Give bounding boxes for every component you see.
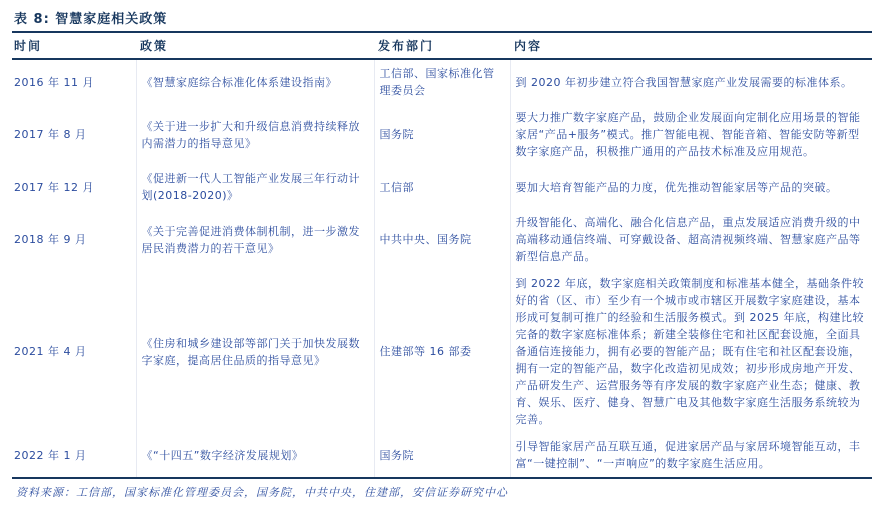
department-cell: 工信部、国家标准化管理委员会: [374, 59, 510, 104]
table-row: 2021 年 4 月 《住房和城乡建设部等部门关于加快发展数字家庭，提高居住品质…: [12, 270, 872, 433]
content-cell: 要加大培育智能产品的力度，优先推动智能家居等产品的突破。: [510, 165, 872, 209]
content-cell: 到 2022 年底，数字家庭相关政策制度和标准基本健全，基础条件较好的省（区、市…: [510, 270, 872, 433]
column-header-time: 时间: [12, 33, 136, 59]
time-cell: 2018 年 9 月: [12, 209, 136, 270]
department-cell: 工信部: [374, 165, 510, 209]
time-cell: 2022 年 1 月: [12, 433, 136, 477]
table-caption: 表 8: 智慧家庭相关政策: [12, 6, 872, 31]
table-row: 2017 年 12 月 《促进新一代人工智能产业发展三年行动计划(2018-20…: [12, 165, 872, 209]
content-cell: 要大力推广数字家庭产品，鼓励企业发展面向定制化应用场景的智能家居“产品+服务”模…: [510, 104, 872, 165]
department-cell: 住建部等 16 部委: [374, 270, 510, 433]
department-cell: 国务院: [374, 433, 510, 477]
policy-cell: 《关于进一步扩大和升级信息消费持续释放内需潜力的指导意见》: [136, 104, 374, 165]
department-cell: 国务院: [374, 104, 510, 165]
time-cell: 2017 年 12 月: [12, 165, 136, 209]
content-cell: 升级智能化、高端化、融合化信息产品，重点发展适应消费升级的中高端移动通信终端、可…: [510, 209, 872, 270]
time-cell: 2021 年 4 月: [12, 270, 136, 433]
table-row: 2016 年 11 月 《智慧家庭综合标准化体系建设指南》 工信部、国家标准化管…: [12, 59, 872, 104]
table-row: 2017 年 8 月 《关于进一步扩大和升级信息消费持续释放内需潜力的指导意见》…: [12, 104, 872, 165]
policy-cell: 《促进新一代人工智能产业发展三年行动计划(2018-2020)》: [136, 165, 374, 209]
table-row: 2022 年 1 月 《“十四五”数字经济发展规划》 国务院 引导智能家居产品互…: [12, 433, 872, 477]
column-header-policy: 政策: [136, 33, 374, 59]
table-header-row: 时间 政策 发布部门 内容: [12, 33, 872, 59]
column-header-department: 发布部门: [374, 33, 510, 59]
department-cell: 中共中央、国务院: [374, 209, 510, 270]
time-cell: 2016 年 11 月: [12, 59, 136, 104]
time-cell: 2017 年 8 月: [12, 104, 136, 165]
policy-cell: 《“十四五”数字经济发展规划》: [136, 433, 374, 477]
report-table-section: 表 8: 智慧家庭相关政策 时间 政策 发布部门 内容 2016 年 11 月 …: [0, 0, 882, 505]
policy-cell: 《智慧家庭综合标准化体系建设指南》: [136, 59, 374, 104]
policy-cell: 《关于完善促进消费体制机制，进一步激发居民消费潜力的若干意见》: [136, 209, 374, 270]
table-row: 2018 年 9 月 《关于完善促进消费体制机制，进一步激发居民消费潜力的若干意…: [12, 209, 872, 270]
content-cell: 到 2020 年初步建立符合我国智慧家庭产业发展需要的标准体系。: [510, 59, 872, 104]
column-header-content: 内容: [510, 33, 872, 59]
policy-table: 时间 政策 发布部门 内容 2016 年 11 月 《智慧家庭综合标准化体系建设…: [12, 33, 872, 477]
policy-cell: 《住房和城乡建设部等部门关于加快发展数字家庭，提高居住品质的指导意见》: [136, 270, 374, 433]
data-source-note: 资料来源：工信部，国家标准化管理委员会，国务院，中共中央，住建部，安信证券研究中…: [12, 479, 872, 500]
content-cell: 引导智能家居产品互联互通，促进家居产品与家居环境智能互动，丰富“一键控制”、“一…: [510, 433, 872, 477]
